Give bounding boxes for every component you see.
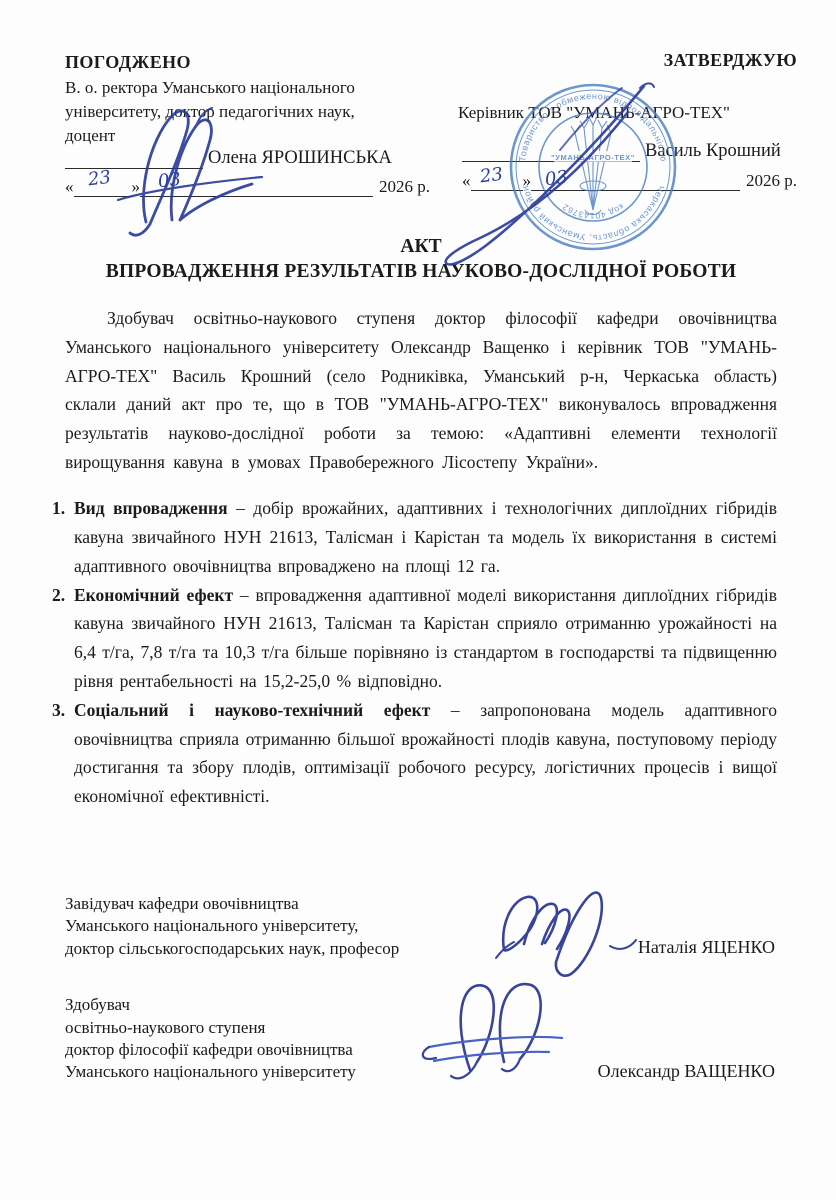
document-body: АКТ ВПРОВАДЖЕННЯ РЕЗУЛЬТАТІВ НАУКОВО-ДОС… (65, 236, 777, 1084)
handwritten-day-left: 23 (87, 167, 112, 191)
yaroshynska-signature-icon (118, 108, 262, 235)
signer1-line-3: доктор сільськогосподарських наук, профе… (65, 938, 399, 960)
document-title: АКТ (65, 236, 777, 258)
signer1-name: Наталія ЯЦЕНКО (638, 937, 775, 958)
handwritten-month-right: 03 (544, 167, 569, 191)
list-item: 3.Соціальний і науково-технічний ефект –… (52, 696, 777, 811)
signature-block-head-of-department: Завідувач кафедри овочівництва Уманськог… (65, 893, 777, 960)
intro-paragraph: Здобувач освітньо-наукового ступеня докт… (65, 304, 777, 477)
numbered-list: 1.Вид впровадження – добір врожайних, ад… (65, 494, 777, 811)
agreed-signer-name: Олена ЯРОШИНСЬКА (203, 148, 392, 169)
handwritten-month-left: 03 (157, 169, 182, 193)
agreed-date-row: « » 2026 р. (65, 174, 430, 197)
approve-name-row: Василь Крошний (462, 139, 797, 162)
handwritten-day-right: 23 (479, 164, 504, 188)
quote-open: « (65, 177, 74, 197)
signer2-line-4: Уманського національного університету (65, 1061, 356, 1083)
approve-date-row: « » 2026 р. (462, 168, 797, 191)
signer2-line-2: освітньо-наукового ступеня (65, 1017, 356, 1039)
quote-open: « (462, 171, 471, 191)
approve-year: 2026 р. (740, 171, 797, 191)
signer2-name: Олександр ВАЩЕНКО (598, 1061, 775, 1082)
svg-text:код 40143762: код 40143762 (560, 202, 626, 221)
stamp-ring-bottom-text: Черкаська область, Уманський район (520, 184, 667, 243)
signer2-line-3: доктор філософії кафедри овочівництва (65, 1039, 356, 1061)
item-number: 1. (52, 494, 65, 523)
agreed-line-2: університету, доктор педагогічних наук, (65, 102, 355, 122)
item-number: 2. (52, 581, 65, 610)
item-lead: Соціальний і науково-технічний ефект (74, 700, 430, 720)
list-item: 1.Вид впровадження – добір врожайних, ад… (52, 494, 777, 580)
agreed-name-row: Олена ЯРОШИНСЬКА (65, 146, 430, 169)
agreed-year: 2026 р. (373, 177, 430, 197)
signer2-line-1: Здобувач (65, 994, 356, 1016)
signature-block-phd-candidate: Здобувач освітньо-наукового ступеня докт… (65, 994, 777, 1084)
signature-line (65, 146, 203, 169)
approve-signer-name: Василь Крошний (640, 141, 781, 162)
signer1-line-1: Завідувач кафедри овочівництва (65, 893, 399, 915)
item-lead: Економічний ефект (74, 585, 233, 605)
item-number: 3. (52, 696, 65, 725)
agreed-line-3: доцент (65, 126, 115, 146)
signer1-line-2: Уманського національного університету, (65, 915, 399, 937)
quote-close: » (523, 171, 532, 191)
document-subtitle: ВПРОВАДЖЕННЯ РЕЗУЛЬТАТІВ НАУКОВО-ДОСЛІДН… (65, 261, 777, 283)
item-lead: Вид впровадження (74, 498, 228, 518)
approve-heading: ЗАТВЕРДЖУЮ (600, 50, 797, 71)
quote-close: » (132, 177, 141, 197)
stamp-code-text: код 40143762 (560, 202, 626, 221)
agreed-heading: ПОГОДЖЕНО (65, 52, 191, 73)
signature-line (462, 139, 640, 162)
svg-text:Черкаська область, Уманський р: Черкаська область, Уманський район (520, 184, 667, 243)
list-item: 2.Економічний ефект – впровадження адапт… (52, 581, 777, 696)
document-page: ПОГОДЖЕНО В. о. ректора Уманського націо… (0, 0, 836, 1200)
wheat-sheaf-icon (571, 117, 616, 215)
approve-line-1: Керівник ТОВ "УМАНЬ-АГРО-ТЕХ" (458, 103, 730, 123)
agreed-line-1: В. о. ректора Уманського національного (65, 78, 355, 98)
